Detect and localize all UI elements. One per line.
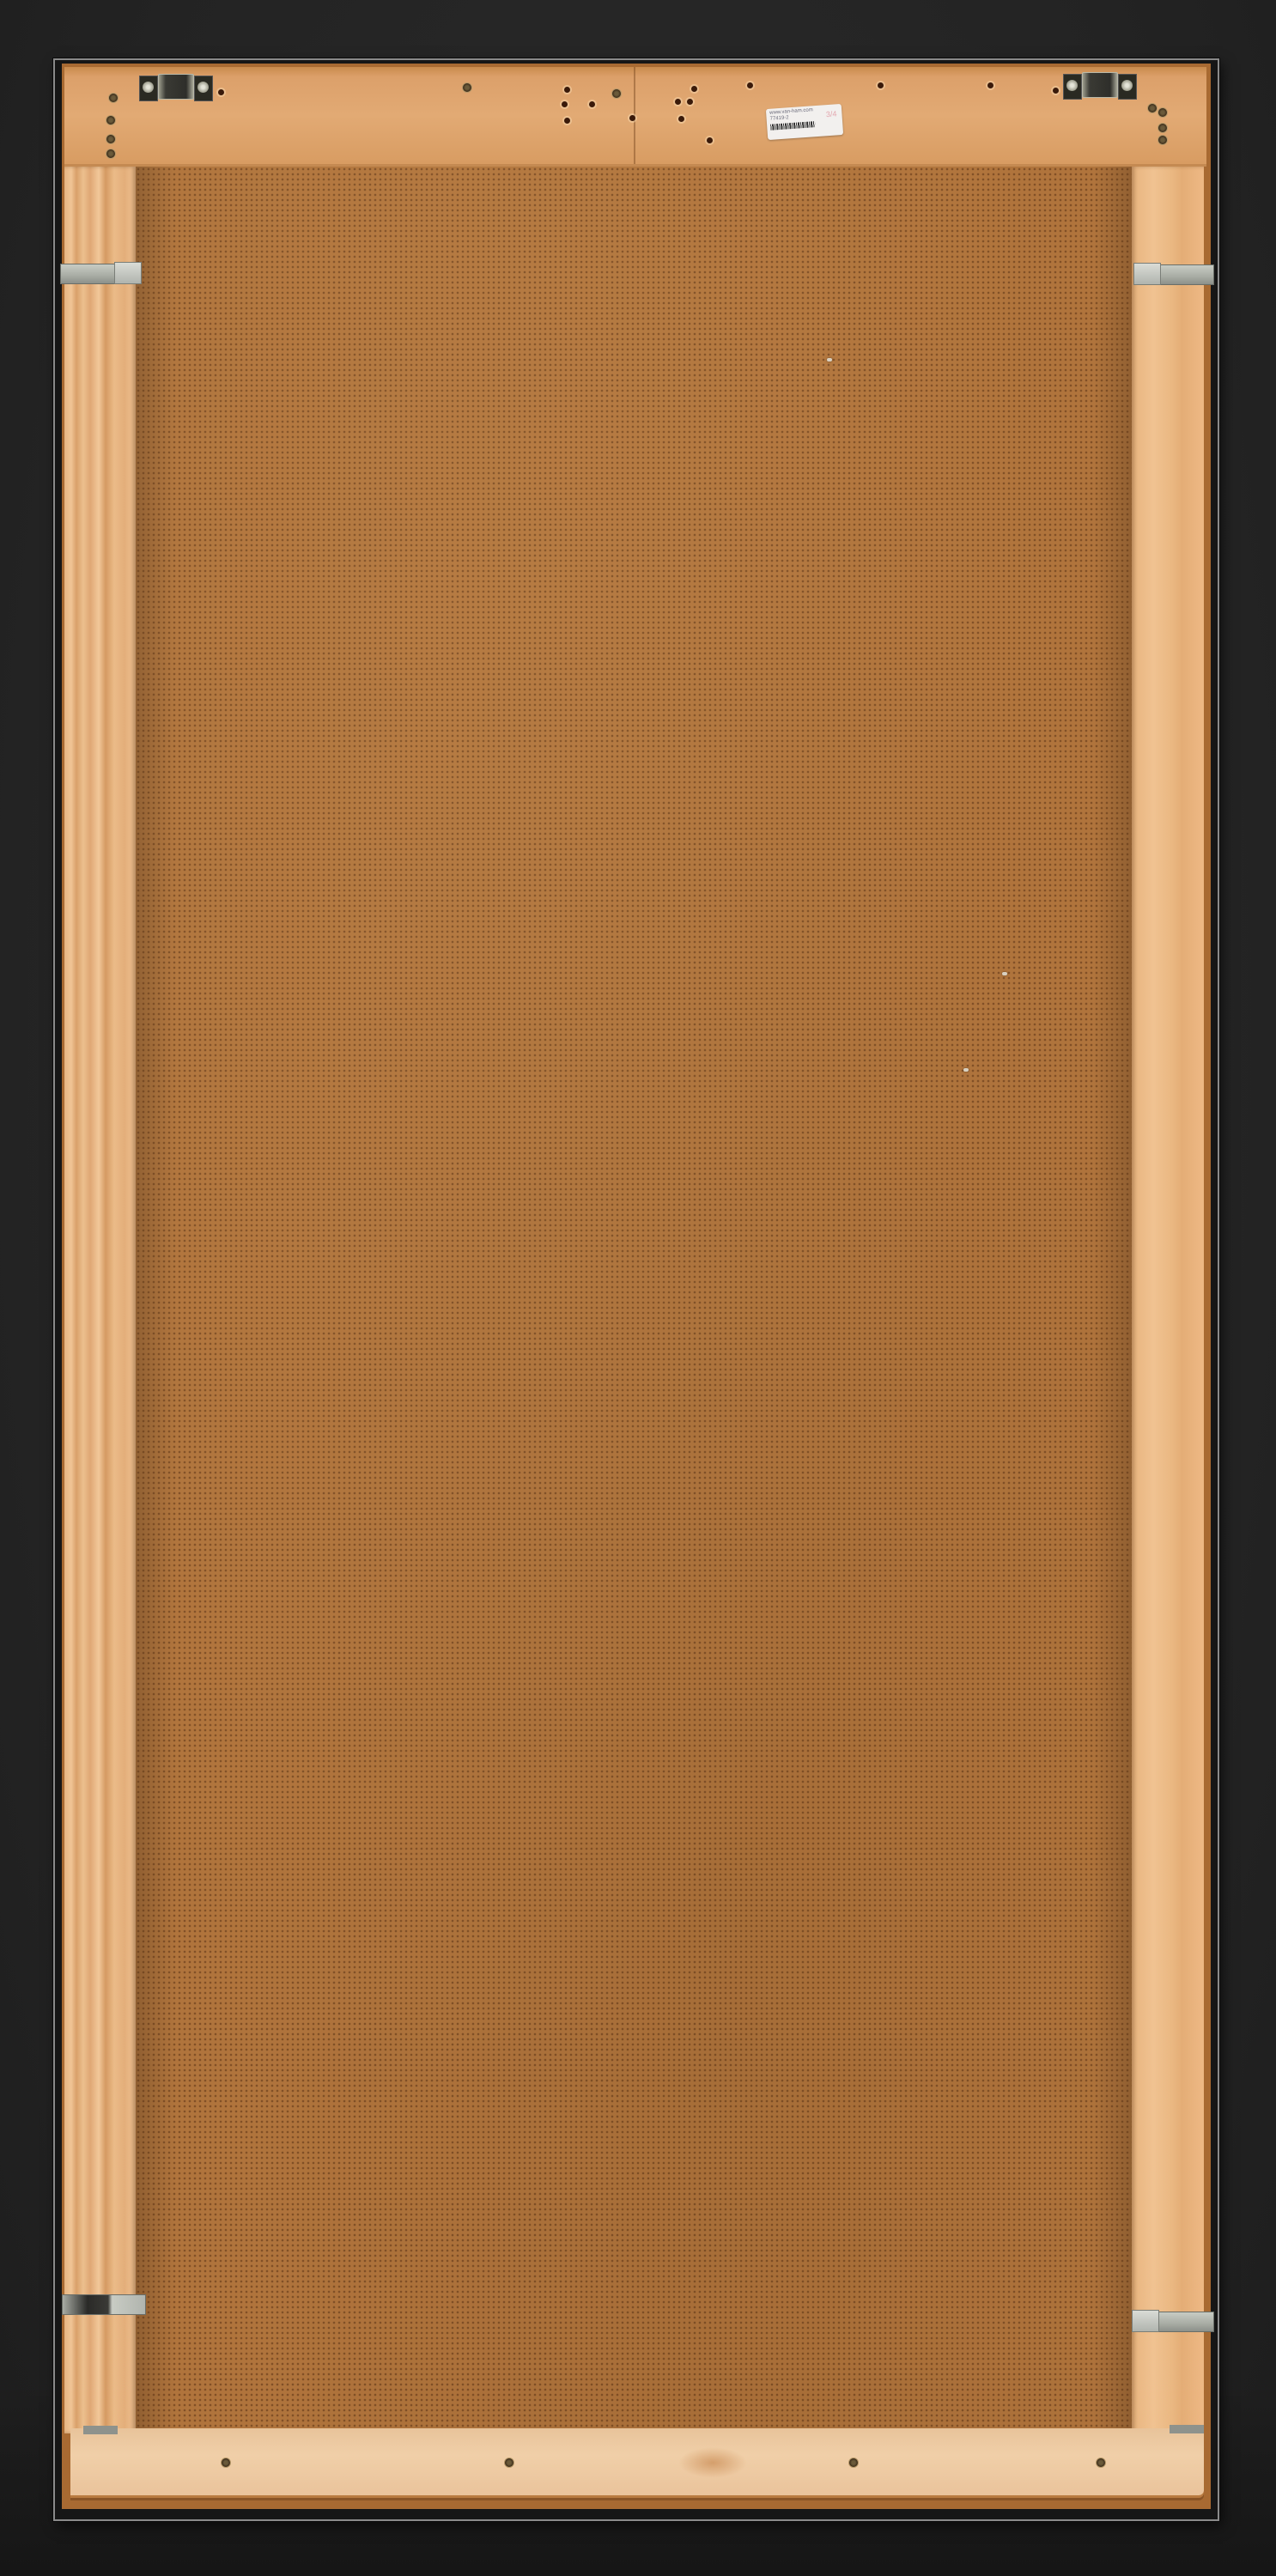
left-hanging-bracket [139,76,213,101]
nail-hole [1053,88,1059,94]
nail-hole [218,89,224,95]
screw-icon [848,2458,859,2468]
nail-hole [678,116,684,122]
nail-hole [589,101,595,107]
screw-icon [1158,135,1168,145]
top-stretcher-bar [64,67,1206,167]
surface-speck [827,358,832,361]
corner-spacer [83,2426,118,2434]
nail-hole [878,82,884,88]
nail-hole [747,82,753,88]
nail-hole [675,99,681,105]
clip-tab [1133,263,1161,285]
screw-icon [504,2458,514,2468]
surface-speck [1002,972,1007,975]
label-handwritten-mark: 3/4 [826,111,837,118]
nail-hole [564,118,570,124]
clip-tab [1132,2310,1159,2332]
screw-icon [462,82,472,93]
clip-tab [114,262,142,284]
screw-icon [106,149,116,159]
screw-icon [1158,123,1168,133]
nail-hole [564,87,570,93]
surface-speck [963,1068,969,1072]
screw-icon [221,2458,231,2468]
wood-knot [678,2447,747,2478]
screw-icon [106,134,116,144]
nail-hole [687,99,693,105]
right-hanging-bracket [1063,74,1137,100]
hardboard-backing [136,167,1133,2430]
screw-icon [1158,107,1168,118]
bottom-stretcher-bar [70,2428,1204,2495]
screw-icon [611,88,622,99]
nail-hole [707,137,713,143]
retaining-clip [62,2294,146,2315]
nail-hole [629,115,635,121]
nail-hole [987,82,993,88]
nail-hole [691,86,697,92]
auction-label-sticker: www.van-ham.com 77419-2 3/4 [766,104,843,140]
screw-icon [106,115,116,125]
corner-spacer [1170,2425,1204,2433]
screw-icon [1147,103,1158,113]
barcode-icon [770,121,815,131]
right-stretcher-bar [1132,167,1204,2433]
screw-icon [1096,2458,1106,2468]
nail-hole [562,101,568,107]
screw-icon [108,93,118,103]
left-stretcher-bar [64,167,136,2433]
